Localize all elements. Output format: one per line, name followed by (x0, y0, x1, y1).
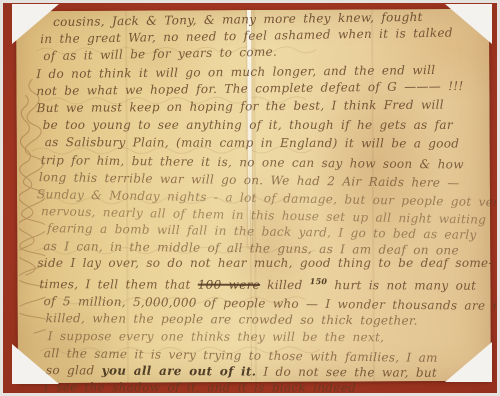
letter-text: I do not see the war, but (256, 365, 437, 380)
letter-text: of as it will be for years to come. (43, 45, 277, 63)
photo-corner-triangle (12, 4, 59, 44)
letter-text: be too young to see anything of it, thou… (43, 118, 453, 132)
photo-corner-triangle (445, 342, 492, 382)
photo-corner-triangle (445, 4, 492, 44)
photo-frame: cousins, Jack & Tony, & many more they k… (0, 0, 500, 396)
struck-text: 100 were (198, 278, 260, 292)
letter-text: hurt is not many out (327, 278, 476, 293)
letter-line: I suppose every one thinks they will be … (48, 328, 486, 347)
letter-line: I see the shadow of it, and it is black … (44, 379, 486, 393)
photo-corner-top-left (12, 4, 59, 44)
letter-text: times, I tell them that (39, 277, 197, 292)
inserted-number: 150 (310, 276, 328, 286)
letter-text: as Salisbury Plain, (main camp in Englan… (45, 136, 460, 151)
letter-text: killed, when the people are crowded so t… (46, 312, 418, 329)
letter-line: side I lay over, so do not hear much, go… (37, 255, 485, 272)
letter-text: side I lay over, so do not hear much, go… (37, 256, 492, 270)
letter-body: cousins, Jack & Tony, & many more they k… (36, 12, 486, 393)
letter-line: be too young to see anything of it, thou… (43, 117, 485, 134)
photo-corner-bottom-right (445, 342, 492, 382)
emphasized-text: you all are out of it. (102, 364, 257, 379)
letter-line: But we must keep on hoping for the best,… (36, 96, 484, 117)
letter-text: killed (260, 278, 310, 292)
letter-text: But we must keep on hoping for the best,… (36, 98, 443, 116)
letter-line: times, I tell them that 100 were killed … (39, 272, 485, 295)
letter-paper: cousins, Jack & Tony, & many more they k… (16, 9, 491, 383)
photo-corner-triangle (12, 344, 59, 384)
letter-text: I suppose every one thinks they will be … (48, 329, 385, 344)
letter-line: as Salisbury Plain, (main camp in Englan… (45, 135, 485, 154)
photo-corner-bottom-left (12, 344, 59, 384)
mat-background: cousins, Jack & Tony, & many more they k… (3, 3, 497, 393)
letter-text: not be what we hoped for. The complete d… (36, 79, 463, 98)
photo-corner-top-right (445, 4, 492, 44)
letter-text: I see the shadow of it, and it is black … (44, 380, 356, 393)
letter-text: trip for him, but there it is, no one ca… (41, 153, 464, 171)
